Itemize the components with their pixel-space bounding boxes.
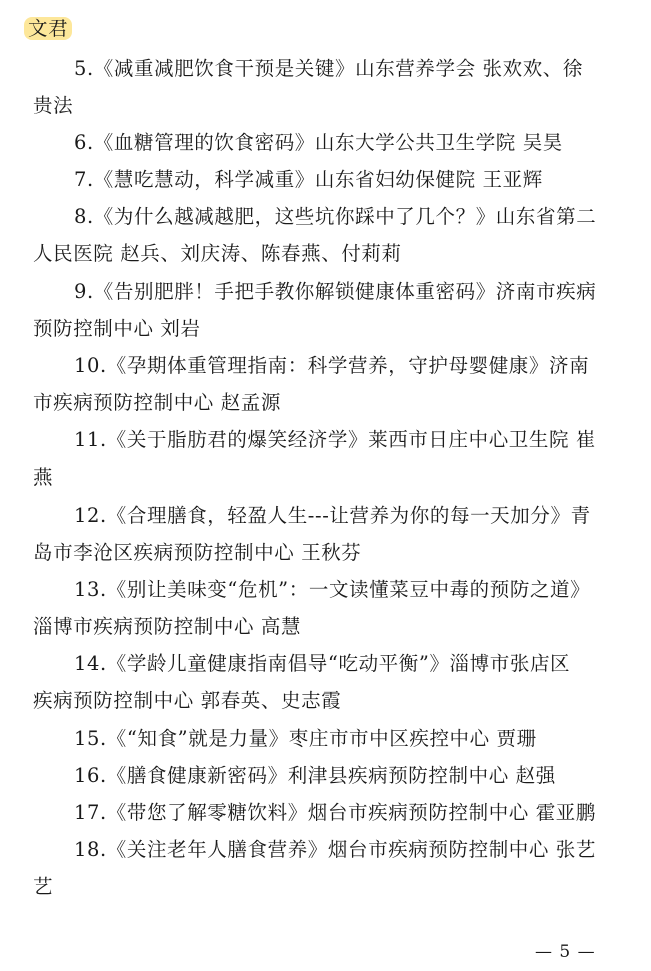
entry-9-line-1: 9.《告别肥胖！手把手教你解锁健康体重密码》济南市疾病	[74, 280, 596, 304]
entry-15-line-1: 15.《“知食”就是力量》枣庄市市中区疾控中心 贾珊	[74, 727, 537, 751]
entry-14-line-1: 14.《学龄儿童健康指南倡导“吃动平衡”》淄博市张店区	[74, 652, 570, 676]
entry-7-line-1: 7.《慧吃慧动，科学减重》山东省妇幼保健院 王亚辉	[74, 168, 543, 192]
entry-12-line-2: 岛市李沧区疾病预防控制中心 王秋芬	[33, 541, 361, 565]
entry-11-line-2: 燕	[33, 466, 53, 490]
entry-10-line-1: 10.《孕期体重管理指南：科学营养，守护母婴健康》济南	[74, 354, 589, 378]
entry-17-line-1: 17.《带您了解零糖饮料》烟台市疾病预防控制中心 霍亚鹏	[74, 801, 596, 825]
highlighted-continuation-text: 文君	[24, 17, 72, 40]
entry-13-line-2: 淄博市疾病预防控制中心 高慧	[33, 615, 301, 639]
entry-12-line-1: 12.《合理膳食，轻盈人生---让营养为你的每一天加分》青	[74, 504, 591, 528]
entry-11-line-1: 11.《关于脂肪君的爆笑经济学》莱西市日庄中心卫生院 崔	[74, 428, 596, 452]
entry-16-line-1: 16.《膳食健康新密码》利津县疾病预防控制中心 赵强	[74, 764, 556, 788]
entry-9-line-2: 预防控制中心 刘岩	[33, 317, 201, 341]
entry-8-line-1: 8.《为什么越减越肥，这些坑你踩中了几个？》山东省第二	[74, 205, 596, 229]
page-number: — 5 —	[535, 942, 596, 962]
entry-18-line-1: 18.《关注老年人膳食营养》烟台市疾病预防控制中心 张艺	[74, 838, 596, 862]
entry-10-line-2: 市疾病预防控制中心 赵孟源	[33, 391, 281, 415]
entry-13-line-1: 13.《别让美味变“危机”：一文读懂菜豆中毒的预防之道》	[74, 578, 590, 602]
document-page: 文君 5.《减重减肥饮食干预是关键》山东营养学会 张欢欢、徐 贵法 6.《血糖管…	[0, 0, 651, 971]
entry-18-line-2: 艺	[33, 875, 53, 899]
entry-5-line-2: 贵法	[33, 94, 73, 118]
entry-8-line-2: 人民医院 赵兵、刘庆涛、陈春燕、付莉莉	[33, 242, 402, 266]
entry-5-line-1: 5.《减重减肥饮食干预是关键》山东营养学会 张欢欢、徐	[74, 57, 583, 81]
entry-14-line-2: 疾病预防控制中心 郭春英、史志霞	[33, 689, 341, 713]
entry-6-line-1: 6.《血糖管理的饮食密码》山东大学公共卫生学院 吴昊	[74, 131, 563, 155]
